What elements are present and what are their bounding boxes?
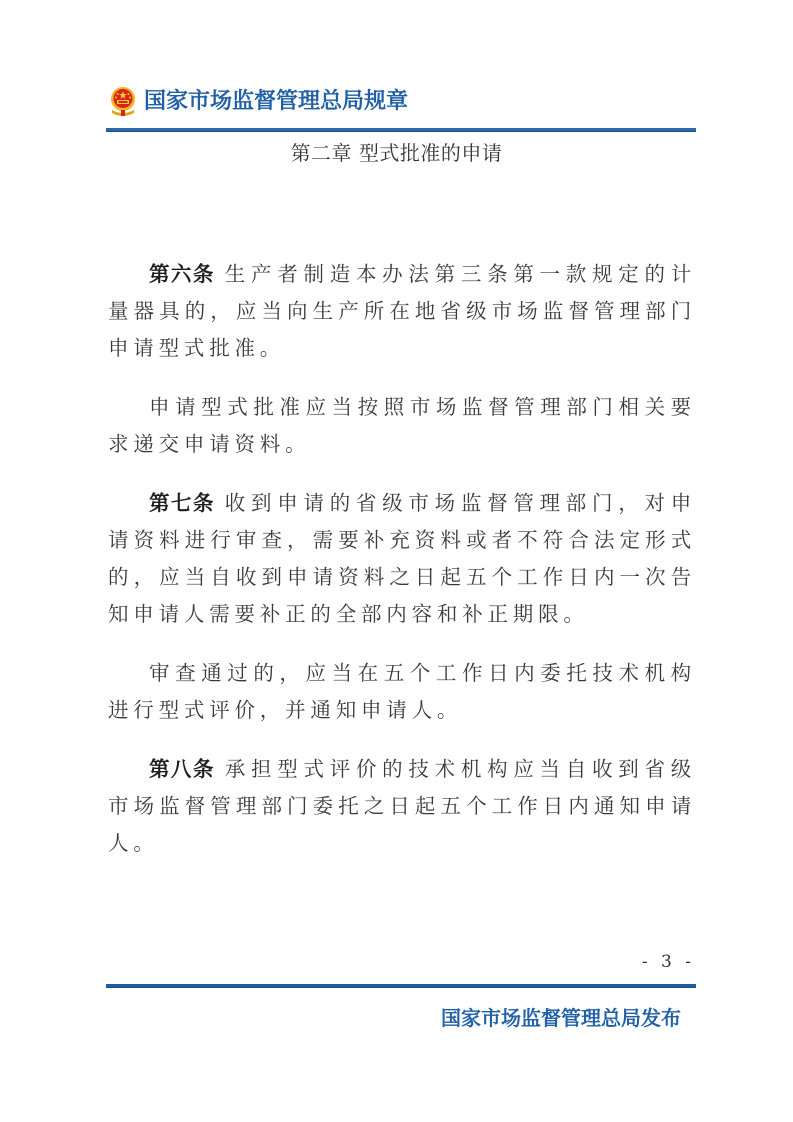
header-title: 国家市场监督管理总局规章 bbox=[144, 86, 408, 118]
article-label: 第八条 bbox=[149, 757, 215, 781]
document-body: 第六条生产者制造本办法第三条第一款规定的计量器具的，应当向生产所在地省级市场监督… bbox=[108, 256, 696, 884]
document-header: 国家市场监督管理总局规章 bbox=[108, 84, 408, 120]
article-6-subparagraph: 申请型式批准应当按照市场监督管理部门相关要求递交申请资料。 bbox=[108, 389, 696, 463]
national-emblem-icon bbox=[108, 86, 138, 118]
paragraph-text: 申请型式批准应当按照市场监督管理部门相关要求递交申请资料。 bbox=[108, 395, 696, 456]
paragraph-text: 审查通过的，应当在五个工作日内委托技术机构进行型式评价，并通知申请人。 bbox=[108, 661, 696, 722]
article-label: 第六条 bbox=[149, 262, 215, 286]
article-7-subparagraph: 审查通过的，应当在五个工作日内委托技术机构进行型式评价，并通知申请人。 bbox=[108, 655, 696, 729]
page-number: - 3 - bbox=[642, 952, 695, 972]
footer-divider bbox=[106, 984, 696, 988]
article-label: 第七条 bbox=[149, 491, 215, 515]
footer-publisher: 国家市场监督管理总局发布 bbox=[441, 1004, 681, 1032]
article-7-paragraph: 第七条收到申请的省级市场监督管理部门，对申请资料进行审查，需要补充资料或者不符合… bbox=[108, 485, 696, 633]
article-8-paragraph: 第八条承担型式评价的技术机构应当自收到省级市场监督管理部门委托之日起五个工作日内… bbox=[108, 751, 696, 862]
article-6-paragraph: 第六条生产者制造本办法第三条第一款规定的计量器具的，应当向生产所在地省级市场监督… bbox=[108, 256, 696, 367]
chapter-title: 第二章 型式批准的申请 bbox=[0, 140, 793, 166]
header-divider bbox=[106, 128, 696, 132]
